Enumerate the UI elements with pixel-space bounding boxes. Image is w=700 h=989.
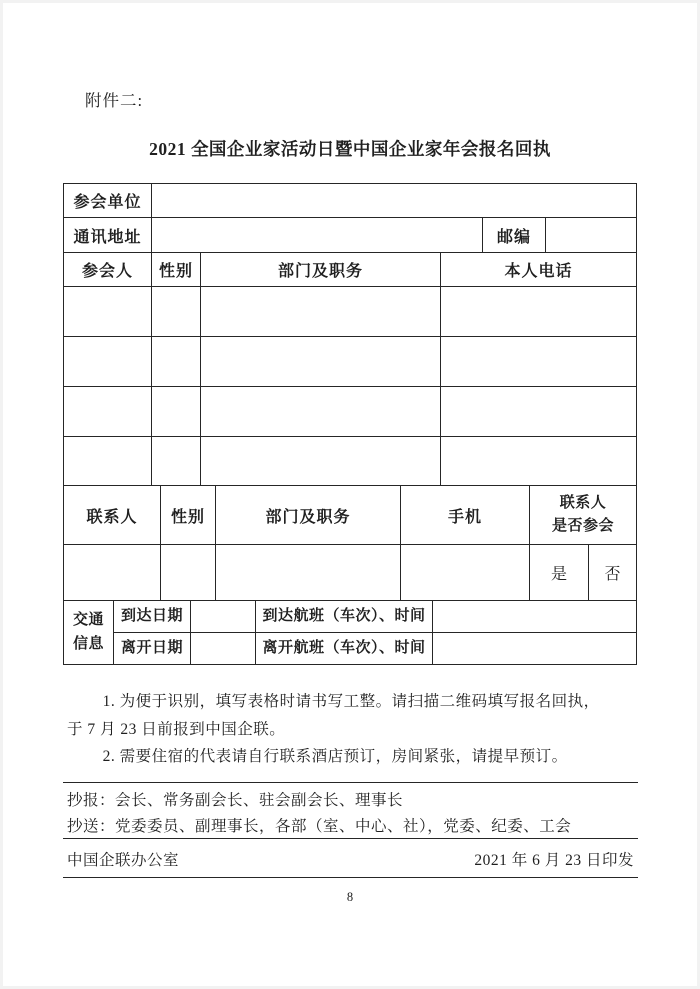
table-row-attendee-3 xyxy=(64,387,636,437)
attendee-dept-cell xyxy=(201,387,441,436)
attendee-gender-header: 性别 xyxy=(152,253,201,286)
address-value-cell xyxy=(152,218,483,252)
distribution-block: 抄报：会长、常务副会长、驻会副会长、理事长 抄送：党委委员、副理事长，各部（室、… xyxy=(67,788,633,840)
table-row-address: 通讯地址 邮编 xyxy=(64,218,636,253)
document-title: 2021 全国企业家活动日暨中国企业家年会报名回执 xyxy=(0,136,700,161)
attendee-dept-header: 部门及职务 xyxy=(201,253,441,286)
contact-attend-header-line2: 是否参会 xyxy=(552,515,614,538)
copy-send-line: 抄送：党委委员、副理事长，各部（室、中心、社），党委、纪委、工会 xyxy=(67,814,633,840)
copy-report-line: 抄报：会长、常务副会长、驻会副会长、理事长 xyxy=(67,788,633,814)
transport-rows: 到达日期 到达航班（车次）、时间 离开日期 离开航班（车次）、时间 xyxy=(114,601,636,664)
table-row-contact-values: 是 否 xyxy=(64,545,636,601)
arrive-date-label: 到达日期 xyxy=(114,601,191,632)
attendee-dept-cell xyxy=(201,337,441,386)
arrive-flight-cell xyxy=(433,601,636,632)
print-date: 2021 年 6 月 23 日印发 xyxy=(474,848,634,870)
document-page: { "page": { "attachment_label": "附件二:", … xyxy=(0,0,700,989)
attendee-dept-cell xyxy=(201,437,441,485)
depart-flight-label: 离开航班（车次）、时间 xyxy=(256,633,433,664)
attendee-phone-header: 本人电话 xyxy=(441,253,636,286)
contact-attend-header-line1: 联系人 xyxy=(552,492,614,515)
footer-divider-middle xyxy=(63,838,638,839)
attendee-gender-cell xyxy=(152,287,201,336)
attachment-label: 附件二: xyxy=(85,87,143,111)
registration-form-table: 参会单位 通讯地址 邮编 参会人 性别 部门及职务 本人电话 xyxy=(63,183,637,665)
attendee-phone-cell xyxy=(441,337,636,386)
footer-divider-top xyxy=(63,782,638,783)
postcode-value-cell xyxy=(546,218,636,252)
postcode-label: 邮编 xyxy=(483,218,546,252)
arrive-flight-label: 到达航班（车次）、时间 xyxy=(256,601,433,632)
notes-block: 1. 为便于识别，填写表格时请书写工整。请扫描二维码填写报名回执， 于 7 月 … xyxy=(67,688,615,771)
address-label: 通讯地址 xyxy=(64,218,152,252)
attend-no-cell: 否 xyxy=(589,545,636,600)
table-row-unit: 参会单位 xyxy=(64,184,636,218)
table-row-attendee-2 xyxy=(64,337,636,387)
attendee-phone-cell xyxy=(441,387,636,436)
transport-group-line1: 交通 xyxy=(73,609,104,632)
contact-dept-cell xyxy=(216,545,401,600)
issuer-row: 中国企联办公室 2021 年 6 月 23 日印发 xyxy=(67,848,634,870)
attendee-gender-cell xyxy=(152,337,201,386)
depart-date-label: 离开日期 xyxy=(114,633,191,664)
contact-attend-header: 联系人 是否参会 xyxy=(530,486,636,544)
attendee-name-cell xyxy=(64,437,152,485)
issuing-office: 中国企联办公室 xyxy=(67,848,179,870)
footer-divider-bottom xyxy=(63,877,638,878)
table-row-arrival: 到达日期 到达航班（车次）、时间 xyxy=(114,601,636,633)
contact-name-cell xyxy=(64,545,161,600)
note-1-line-1: 1. 为便于识别，填写表格时请书写工整。请扫描二维码填写报名回执， xyxy=(67,688,615,716)
attendee-name-cell xyxy=(64,387,152,436)
depart-flight-cell xyxy=(433,633,636,664)
table-row-attendee-1 xyxy=(64,287,636,337)
page-number: 8 xyxy=(0,890,700,905)
note-2: 2. 需要住宿的代表请自行联系酒店预订，房间紧张，请提早预订。 xyxy=(67,743,615,771)
attendee-dept-cell xyxy=(201,287,441,336)
table-row-attendee-4 xyxy=(64,437,636,486)
transport-group-label: 交通 信息 xyxy=(64,601,114,664)
contact-gender-header: 性别 xyxy=(161,486,216,544)
attendee-phone-cell xyxy=(441,437,636,485)
attendee-phone-cell xyxy=(441,287,636,336)
attendee-name-header: 参会人 xyxy=(64,253,152,286)
attendee-gender-cell xyxy=(152,387,201,436)
note-1-line-2: 于 7 月 23 日前报到中国企联。 xyxy=(67,716,615,744)
contact-mobile-cell xyxy=(401,545,530,600)
attendee-gender-cell xyxy=(152,437,201,485)
transport-group-line2: 信息 xyxy=(73,633,104,656)
contact-dept-header: 部门及职务 xyxy=(216,486,401,544)
unit-value-cell xyxy=(152,184,636,217)
table-row-contact-header: 联系人 性别 部门及职务 手机 联系人 是否参会 xyxy=(64,486,636,545)
attendee-name-cell xyxy=(64,337,152,386)
contact-name-header: 联系人 xyxy=(64,486,161,544)
contact-gender-cell xyxy=(161,545,216,600)
unit-label: 参会单位 xyxy=(64,184,152,217)
table-row-departure: 离开日期 离开航班（车次）、时间 xyxy=(114,633,636,664)
table-row-attendee-header: 参会人 性别 部门及职务 本人电话 xyxy=(64,253,636,287)
attend-yes-cell: 是 xyxy=(530,545,589,600)
attendee-name-cell xyxy=(64,287,152,336)
depart-date-cell xyxy=(191,633,256,664)
contact-mobile-header: 手机 xyxy=(401,486,530,544)
arrive-date-cell xyxy=(191,601,256,632)
table-row-transport: 交通 信息 到达日期 到达航班（车次）、时间 离开日期 离开航班（车次）、时间 xyxy=(64,601,636,664)
